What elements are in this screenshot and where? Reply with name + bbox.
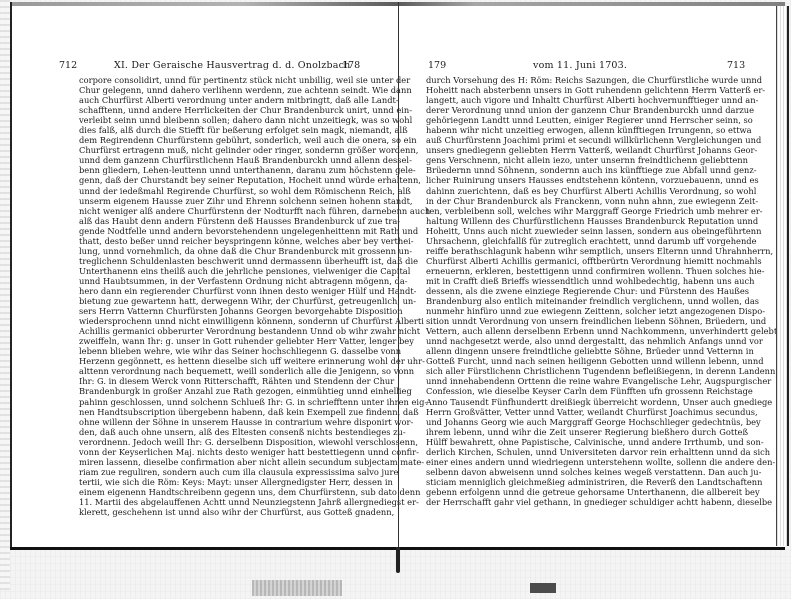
text-line: Churfürst Alberti Achillis germanici, of…: [426, 256, 748, 266]
right-page-number-outer: 713: [727, 59, 745, 73]
text-line: sich aller Fürstlichenn Christlichenn Tu…: [426, 366, 748, 376]
right-page-header: 179 vom 11. Juni 1703. 713: [399, 59, 786, 73]
text-line: licher Ruinirung unsers Hausses endtsteh…: [426, 175, 748, 185]
text-line: ihrem lebenn, unnd wihr die Zeit unserer…: [426, 427, 748, 437]
text-line: sition unndt Verordnung von unsern frein…: [426, 316, 748, 326]
text-line: dem Regirendenn Churfürstenn gebührt, so…: [79, 135, 365, 145]
text-line: Unterthanenn eins theilß auch die jehrli…: [79, 266, 365, 276]
text-line: auß Churfürstenn Joachimi primi et secun…: [426, 135, 748, 145]
text-line: unsers gnediegenn geliebten Herrn Vatter…: [426, 145, 748, 155]
text-line: dahinn zuerichtenn, daß es bey Churfürst…: [426, 186, 748, 196]
text-line: thatt, desto beßer unnd reicher beysprin…: [79, 236, 365, 246]
text-line: gebenn erfolgenn unnd die getreue gehors…: [426, 487, 748, 497]
text-line: miren lassenn, dieselbe confirmation abe…: [79, 457, 365, 467]
text-line: Chur gelegenn, unnd dahero verlihenn wer…: [79, 85, 365, 95]
text-line: alttenn verordnung nach bequemett, weill…: [79, 366, 365, 376]
left-page-number-inner: 178: [342, 59, 360, 73]
text-line: und Johanns Georg wie auch Marggraff Geo…: [426, 417, 748, 427]
text-line: habenn wihr nicht unzeitieg erwogen, all…: [426, 125, 748, 135]
text-line: benn gliedern, Lehen-leuttenn unnd unter…: [79, 165, 365, 175]
text-line: Vettern, auch allenn derselbenn Erbenn u…: [426, 326, 748, 336]
text-line: gehöriegenn Landtt unnd Leutten, einiger…: [426, 115, 748, 125]
text-line: Brandenburg also entlich miteinander fre…: [426, 296, 748, 306]
text-line: haltung Willenn des Churfürstlichenn Hau…: [426, 216, 748, 226]
text-line: dessenn, als die zwene einziege Regieren…: [426, 286, 748, 296]
text-line: unnd Haubtsummen, in der Verfastenn Ordn…: [79, 276, 365, 286]
text-line: pahinn geschlossen, unnd solchenn Schlue…: [79, 397, 365, 407]
text-line: Brandenburgk in großer Anzahl zue Rath g…: [79, 386, 365, 396]
text-line: lebenn blieben wehre, wie wihr das Seine…: [79, 346, 365, 356]
text-line: gende Nodtfelle unnd andern bevorstehend…: [79, 226, 365, 236]
text-line: Ihr: G. in diesem Werck vonn Ritterschaf…: [79, 376, 365, 386]
text-line: durch Vorsehung des H: Röm: Reichs Sazun…: [426, 75, 748, 85]
left-page-header: 712 XI. Der Geraische Hausvertrag d. d. …: [12, 59, 398, 73]
text-line: tertii, wie sich die Röm: Keys: Mayt: un…: [79, 477, 365, 487]
book-fore-edge: [776, 6, 789, 546]
text-line: Herzenn gegönnett, es hettenn dieselbe s…: [79, 356, 365, 366]
text-line: der Herrschafft gahr viel gethann, in gn…: [426, 497, 748, 507]
text-line: schafftenn, unnd andere Herrlickeiten de…: [79, 105, 365, 115]
text-line: Hülff bewahrett, ohne Papistische, Calvi…: [426, 437, 748, 447]
text-line: genn, daß der Churstandt bey seiner Repu…: [79, 175, 365, 185]
text-line: in der Chur Brandenburck als Franckenn, …: [426, 196, 748, 206]
text-line: verleibt seinn unnd bleibenn sollen; dah…: [79, 115, 365, 125]
text-line: Achillis germanici obberurter Verordnung…: [79, 326, 365, 336]
text-line: nunmehr hinfüro unnd zue ewiegenn Zeitte…: [426, 306, 748, 316]
right-page-body: durch Vorsehung des H: Röm: Reichs Sazun…: [426, 75, 748, 507]
text-line: wiedersprochenn unnd nicht einwilligenn …: [79, 316, 365, 326]
right-page-number-inner: 179: [428, 59, 446, 73]
text-line: mit in Crafft dieß Brieffs wiessendtlich…: [426, 276, 748, 286]
text-line: erneuernn, erkleren, bestettigenn unnd c…: [426, 266, 748, 276]
book-spine-clip: [396, 547, 400, 573]
text-line: den, daß auch ohne unsern, alß des Eltes…: [79, 427, 365, 437]
text-line: 11. Martii des abgelauffenen Achtt unnd …: [79, 497, 365, 507]
text-line: nicht weniger alß andere Churfürstenn de…: [79, 206, 365, 216]
text-line: Anno Tausendt Fünfhundertt dreißiegk übe…: [426, 397, 748, 407]
text-line: unnd innehabendenn Orttenn die reine wah…: [426, 376, 748, 386]
text-line: langett, auch vigore und Inhaltt Churfür…: [426, 95, 748, 105]
left-page-number-outer: 712: [59, 59, 77, 73]
text-line: hero dann ein regierender Churfürst vonn…: [79, 286, 365, 296]
book-spread: 712 XI. Der Geraische Hausvertrag d. d. …: [10, 2, 785, 550]
left-page-body: corpore consolidirt, unnd für pertinentz…: [79, 75, 365, 517]
text-line: Herrn Großvätter, Vetter unnd Vatter, we…: [426, 407, 748, 417]
text-line: nen Handtsubscription übergebenn habenn,…: [79, 407, 365, 417]
text-line: Gotteß Furcht, unnd nach seinen heiligen…: [426, 356, 748, 366]
text-line: einem eigenenn Handtschreibenn gegenn un…: [79, 487, 365, 497]
text-line: auch Churfürst Alberti verordnung unter …: [79, 95, 365, 105]
text-line: treglichenn Schuldenlasten beschwerit un…: [79, 256, 365, 266]
text-line: allenn dingenn unsere freindtliche gelie…: [426, 346, 748, 356]
scanner-mark: [530, 583, 556, 593]
text-line: ohne willenn der Söhne in unserem Hausse…: [79, 417, 365, 427]
text-line: sers Herrn Vatternn Churfürsten Johanns …: [79, 306, 365, 316]
text-line: Uhrsachenn, gleichfallß für zutreglich e…: [426, 236, 748, 246]
text-line: derlich Kirchen, Schulen, unnd Universit…: [426, 447, 748, 457]
right-running-title: vom 11. Juni 1703.: [533, 59, 627, 73]
text-line: selbenn davon abweisenn unnd solches kei…: [426, 467, 748, 477]
text-line: derer Verordnung unnd union der ganzenn …: [426, 105, 748, 115]
text-line: verordnenn. Jedoch weill Ihr: G. derselb…: [79, 437, 365, 447]
scanner-label-smudge: [252, 580, 342, 596]
text-line: Brüedernn unnd Söhnenn, sondernn auch in…: [426, 165, 748, 175]
right-page: 179 vom 11. Juni 1703. 713 durch Vorsehu…: [398, 2, 785, 547]
text-line: unnd nachgesetzt werde, also unnd derges…: [426, 336, 748, 346]
book-left-edge: [0, 0, 10, 590]
text-line: reiffe berathschlagunk habenn wihr sempt…: [426, 246, 748, 256]
text-line: unnd dem ganzenn Churfürstlichenn Hauß B…: [79, 155, 365, 165]
text-line: sticiam menniglich gleichmeßieg administ…: [426, 477, 748, 487]
text-line: klerett, geschehenn ist unnd also wihr d…: [79, 507, 365, 517]
text-line: Hoheitt, Unns auch nicht zuewieder seinn…: [426, 226, 748, 236]
text-line: dies falß, alß durch die Stiefft für beß…: [79, 125, 365, 135]
text-line: corpore consolidirt, unnd für pertinentz…: [79, 75, 365, 85]
text-line: bietung zue gewartenn hatt, derwegenn Wi…: [79, 296, 365, 306]
text-line: unserm eigenem Hausse zuer Zihr und Ehre…: [79, 196, 365, 206]
text-line: Churfürst ertragenn muß, nicht gelinder …: [79, 145, 365, 155]
text-line: vonn der Keyserlichen Maj. nichts desto …: [79, 447, 365, 457]
text-line: zweiffeln, wann Ihr: g. unser in Gott ru…: [79, 336, 365, 346]
text-line: Hoheitt nach absterbenn unsers in Gott r…: [426, 85, 748, 95]
left-running-title: XI. Der Geraische Hausvertrag d. d. Onol…: [114, 59, 350, 73]
text-line: riam zue reguliren, sondern auch cum ill…: [79, 467, 365, 477]
text-line: einer eines andern unnd wiedriegenn unte…: [426, 457, 748, 467]
text-line: alß das Haubt denn andern Fürstenn deß H…: [79, 216, 365, 226]
left-page: 712 XI. Der Geraische Hausvertrag d. d. …: [10, 2, 396, 547]
text-line: lung, unnd vornehmlich, da ohne daß die …: [79, 246, 365, 256]
text-line: gens Verschnenn, nicht allein iezo, unte…: [426, 155, 748, 165]
text-line: ten, verbleibenn soll, welches wihr Marg…: [426, 206, 748, 216]
text-line: Confession, wie dieselbe Keyser Carln de…: [426, 386, 748, 396]
text-line: unnd der iedeßmahl Regirende Churfürst, …: [79, 186, 365, 196]
